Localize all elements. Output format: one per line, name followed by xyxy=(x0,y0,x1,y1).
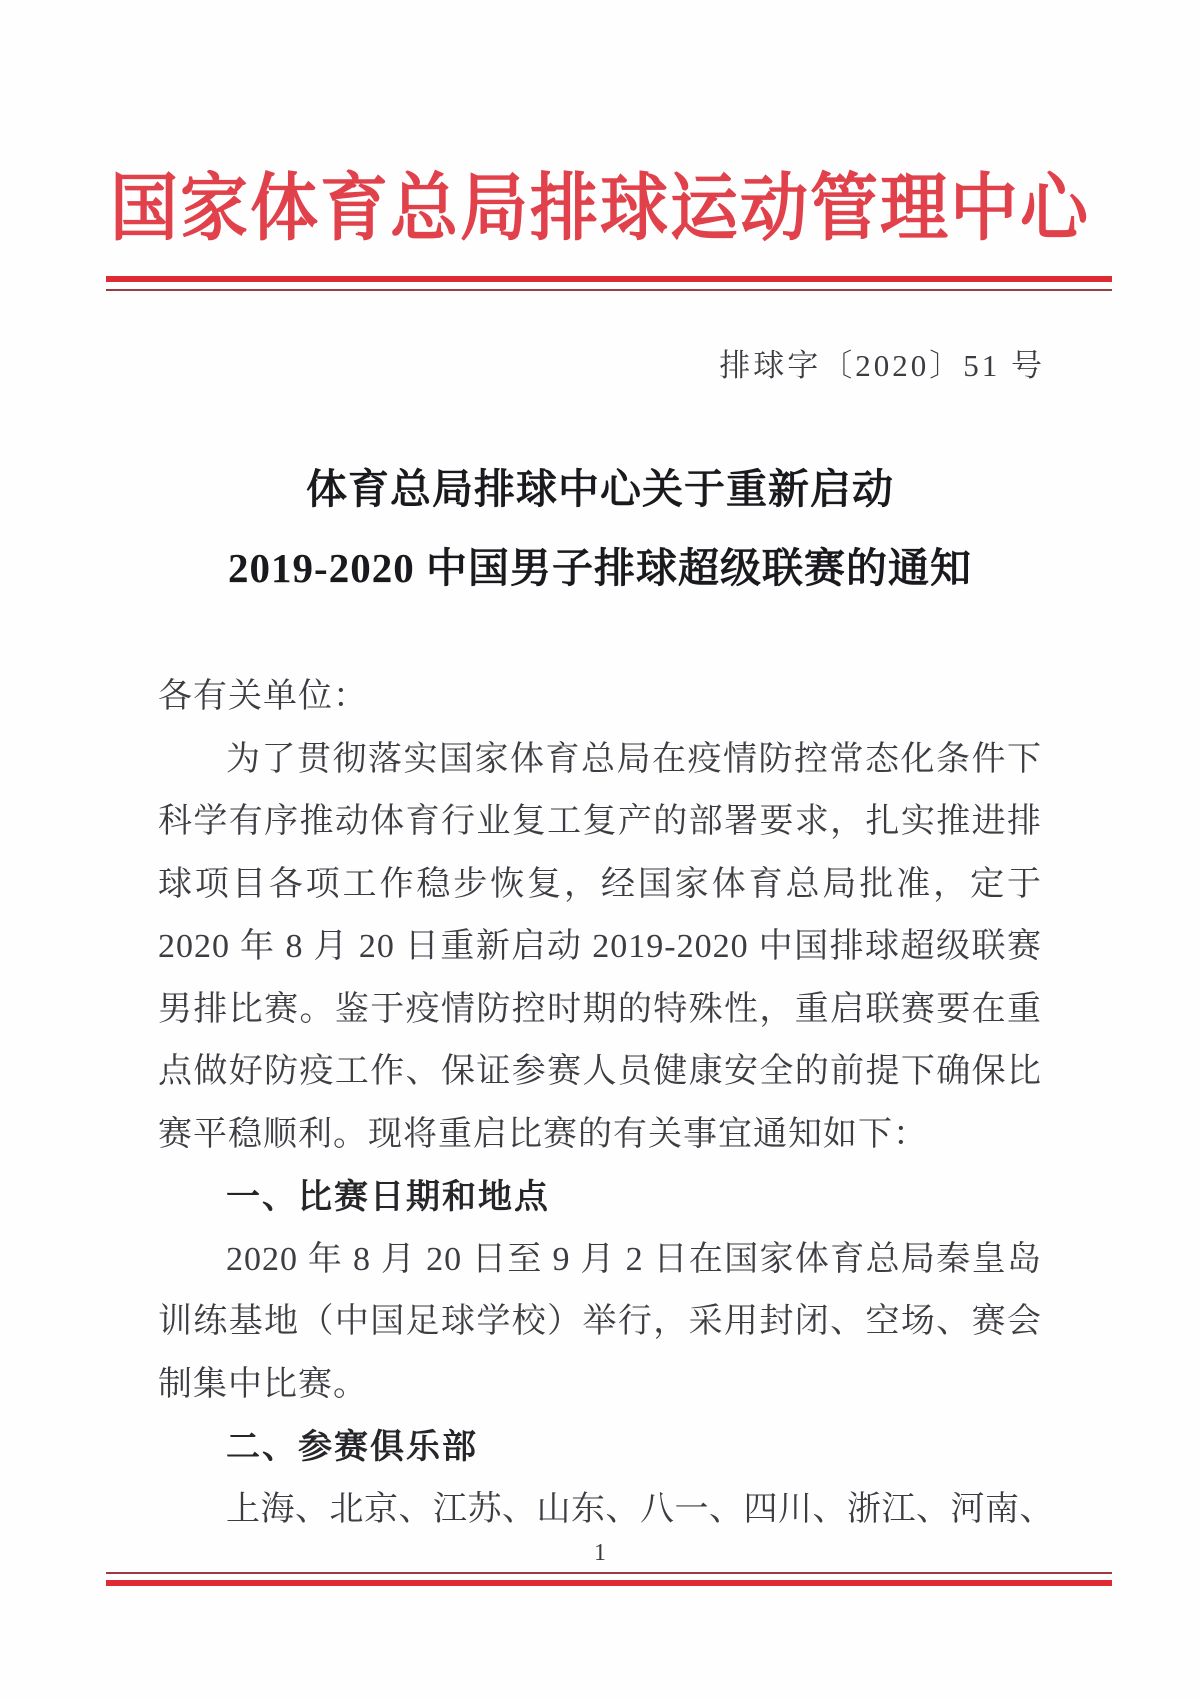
section-heading-1: 一、比赛日期和地点 xyxy=(158,1166,1042,1229)
document-title-line1: 体育总局排球中心关于重新启动 xyxy=(0,450,1200,529)
footer-rule-thick xyxy=(106,1580,1112,1586)
letterhead-rule-thick xyxy=(106,276,1112,282)
page-number: 1 xyxy=(0,1540,1200,1567)
document-page: 国家体育总局排球运动管理中心 排球字〔2020〕51 号 体育总局排球中心关于重… xyxy=(0,0,1200,1699)
document-title: 体育总局排球中心关于重新启动 2019-2020 中国男子排球超级联赛的通知 xyxy=(0,450,1200,608)
letterhead-rule-thin xyxy=(106,289,1112,291)
salutation: 各有关单位： xyxy=(158,666,1042,729)
footer-rule-thin xyxy=(106,1572,1112,1574)
document-number: 排球字〔2020〕51 号 xyxy=(719,340,1045,385)
opening-paragraph: 为了贯彻落实国家体育总局在疫情防控常态化条件下科学有序推动体育行业复工复产的部署… xyxy=(158,729,1042,1167)
section-paragraph-2: 上海、北京、江苏、山东、八一、四川、浙江、河南、 xyxy=(158,1479,1042,1542)
document-title-line2: 2019-2020 中国男子排球超级联赛的通知 xyxy=(0,529,1200,608)
letterhead-agency-name: 国家体育总局排球运动管理中心 xyxy=(0,150,1200,255)
document-body: 各有关单位： 为了贯彻落实国家体育总局在疫情防控常态化条件下科学有序推动体育行业… xyxy=(158,666,1042,1541)
section-paragraph-1: 2020 年 8 月 20 日至 9 月 2 日在国家体育总局秦皇岛训练基地（中… xyxy=(158,1229,1042,1417)
section-heading-2: 二、参赛俱乐部 xyxy=(158,1416,1042,1479)
